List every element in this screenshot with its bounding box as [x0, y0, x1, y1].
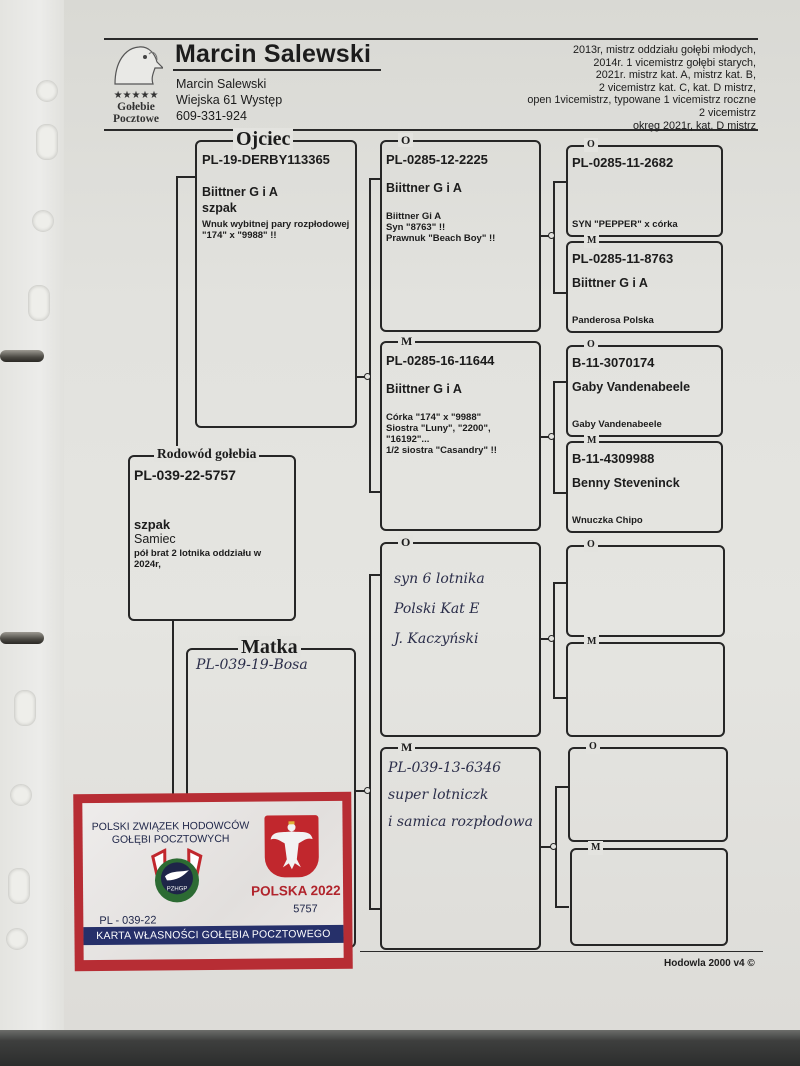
ggp-note: Wnuczka Chipo	[572, 515, 643, 526]
achievement-line: 2021r. mistrz kat. A, mistrz kat. B,	[456, 69, 756, 82]
logo-line-1: Gołebie	[104, 101, 168, 113]
gp-ring: PL-0285-16-11644	[386, 353, 535, 368]
subject-legend: Rodowód gołebia	[154, 446, 259, 462]
great-grandparent-box: OPL-0285-11-2682SYN "PEPPER" x córka	[566, 145, 723, 237]
gp-breeder: Biittner G i A	[386, 181, 535, 195]
gp-legend: O	[398, 535, 413, 549]
subject-note: pół brat 2 lotnika oddziału w 2024r,	[134, 548, 290, 570]
punch-hole	[32, 210, 54, 232]
ggp-breeder	[574, 767, 722, 782]
great-grandparent-box: O	[566, 545, 725, 637]
gp-handwritten: PL-039-13-6346 super lotniczk i samica r…	[388, 755, 533, 836]
dam-handwritten: PL-039-19-Bosa	[196, 652, 308, 678]
software-footer: Hodowla 2000 v4 ©	[664, 958, 755, 969]
stars-icon: ★★★★★	[104, 91, 168, 101]
great-grandparent-box: MPL-0285-11-8763Biittner G i APanderosa …	[566, 241, 723, 333]
granddam-sire-box: O syn 6 lotnika Polski Kat E J. Kaczyńsk…	[380, 542, 541, 737]
grandsire-sire-box: O PL-0285-12-2225 Biittner G i A Biittne…	[380, 140, 541, 332]
sire-note: Wnuk wybitnej pary rozpłodowej "174" x "…	[202, 219, 351, 241]
bracket-line	[555, 786, 569, 788]
bracket-line	[555, 906, 569, 908]
bracket-line	[176, 176, 178, 456]
ggp-legend: O	[586, 740, 600, 754]
punch-hole	[36, 80, 58, 102]
card-band: KARTA WŁASNOŚCI GOŁĘBIA POCZTOWEGO	[83, 925, 343, 945]
ggp-legend: O	[584, 538, 598, 552]
achievement-line: open 1vicemistrz, typowane 1 vicemistrz …	[456, 94, 756, 107]
sleeve-edge	[0, 1030, 800, 1066]
polish-eagle-emblem-icon	[264, 815, 319, 877]
grandsire-dam-box: M PL-0285-16-11644 Biittner G i A Córka …	[380, 341, 541, 531]
ggp-breeder	[572, 565, 719, 580]
junction-dot	[548, 232, 555, 239]
ggp-breeder	[576, 868, 722, 883]
ggp-breeder: Biittner G i A	[572, 276, 717, 291]
card-organization: POLSKI ZWIĄZEK HODOWCÓW GOŁĘBI POCZTOWYC…	[90, 820, 250, 847]
ggp-breeder	[572, 662, 719, 677]
owner-name: Marcin Salewski	[176, 76, 282, 92]
bracket-line	[553, 292, 567, 294]
gp-note: Córka "174" x "9988" Siostra "Luny", "22…	[386, 412, 535, 456]
ggp-ring: B-11-3070174	[572, 355, 717, 370]
great-grandparent-box: M	[566, 642, 725, 737]
punch-hole	[10, 784, 32, 806]
ggp-note: Panderosa Polska	[572, 315, 654, 326]
bracket-line	[369, 178, 371, 492]
great-grandparent-box: MB-11-4309988Benny SteveninckWnuczka Chi…	[566, 441, 723, 533]
gp-breeder: Biittner G i A	[386, 382, 535, 396]
bracket-line	[553, 381, 567, 383]
ggp-ring: PL-0285-11-2682	[572, 155, 717, 170]
gp-handwritten: syn 6 lotnika Polski Kat E J. Kaczyński	[394, 564, 485, 654]
gp-legend: O	[398, 133, 413, 147]
gp-legend: M	[398, 740, 415, 754]
card-ring-number: 5757	[293, 903, 318, 915]
owner-info: Marcin Salewski Wiejska 61 Występ 609-33…	[176, 76, 282, 124]
achievement-line: 2 vicemistrz	[456, 107, 756, 120]
owner-phone: 609-331-924	[176, 108, 282, 124]
achievement-line: 2013r, mistrz oddziału gołębi młodych,	[456, 44, 756, 57]
subject-sex: Samiec	[134, 532, 290, 546]
punch-hole	[14, 690, 36, 726]
sire-ring: PL-19-DERBY113365	[202, 152, 351, 167]
pigeon-head-icon	[109, 42, 163, 86]
punch-hole	[8, 868, 30, 904]
subject-box: Rodowód gołebia PL-039-22-5757 szpak Sam…	[128, 455, 296, 621]
svg-text:PZHGP: PZHGP	[167, 886, 188, 892]
great-grandparent-box: M	[570, 848, 728, 946]
binder-ring	[0, 350, 44, 362]
ggp-breeder: Gaby Vandenabeele	[572, 380, 717, 395]
punch-hole	[28, 285, 50, 321]
sire-breeder: Biittner G i A	[202, 185, 351, 199]
gp-legend: M	[398, 334, 415, 348]
bracket-line	[369, 574, 371, 910]
achievement-line: okręg 2021r, kat. D mistrz	[456, 120, 756, 133]
junction-dot	[548, 635, 555, 642]
binder-ring	[0, 632, 44, 644]
breeder-title: Marcin Salewski	[175, 40, 371, 69]
junction-dot	[364, 787, 371, 794]
achievement-line: 2 vicemistrz kat. C, kat. D mistrz,	[456, 82, 756, 95]
ggp-legend: M	[584, 434, 599, 448]
bracket-line	[176, 176, 196, 178]
logo-line-2: Pocztowe	[104, 113, 168, 125]
ggp-note: SYN "PEPPER" x córka	[572, 219, 678, 230]
punch-hole	[6, 928, 28, 950]
ggp-ring: B-11-4309988	[572, 451, 717, 466]
gp-note: Biittner Gi A Syn "8763" !! Prawnuk "Bea…	[386, 211, 535, 244]
ggp-legend: M	[588, 841, 603, 855]
bracket-line	[553, 492, 567, 494]
card-ring-prefix: PL - 039-22	[99, 914, 156, 926]
achievement-line: 2014r. 1 vicemistrz gołębi starych,	[456, 57, 756, 70]
pzhgp-badge-icon: PZHGP	[149, 848, 205, 904]
subject-color: szpak	[134, 517, 290, 532]
junction-dot	[364, 373, 371, 380]
ggp-breeder: Benny Steveninck	[572, 476, 717, 491]
ggp-legend: O	[584, 338, 598, 352]
sire-box: Ojciec PL-19-DERBY113365 Biittner G i A …	[195, 140, 357, 428]
sire-legend: Ojciec	[233, 128, 293, 150]
ggp-legend: O	[584, 138, 598, 152]
footer-rule	[360, 951, 763, 952]
great-grandparent-box: O	[568, 747, 728, 842]
granddam-dam-box: M PL-039-13-6346 super lotniczk i samica…	[380, 747, 541, 950]
ggp-breeder	[572, 180, 717, 195]
logo: ★★★★★ Gołebie Pocztowe	[104, 42, 168, 122]
punch-hole	[36, 124, 58, 160]
sire-color: szpak	[202, 201, 351, 215]
subject-ring: PL-039-22-5757	[134, 467, 290, 483]
title-underline	[173, 69, 381, 71]
ggp-legend: M	[584, 234, 599, 248]
gp-ring: PL-0285-12-2225	[386, 152, 535, 167]
great-grandparent-box: OB-11-3070174Gaby VandenabeeleGaby Vande…	[566, 345, 723, 437]
achievements: 2013r, mistrz oddziału gołębi młodych, 2…	[456, 44, 756, 132]
bracket-line	[172, 620, 174, 800]
ggp-note: Gaby Vandenabeele	[572, 419, 662, 430]
ggp-legend: M	[584, 635, 599, 649]
card-body: POLSKI ZWIĄZEK HODOWCÓW GOŁĘBI POCZTOWYC…	[82, 801, 343, 960]
junction-dot	[550, 843, 557, 850]
ggp-ring: PL-0285-11-8763	[572, 251, 717, 266]
owner-address: Wiejska 61 Występ	[176, 92, 282, 108]
bracket-line	[553, 697, 567, 699]
bracket-line	[553, 582, 567, 584]
bracket-line	[553, 181, 567, 183]
ownership-card: POLSKI ZWIĄZEK HODOWCÓW GOŁĘBI POCZTOWYC…	[73, 792, 353, 971]
card-country-year: POLSKA 2022	[251, 883, 341, 899]
junction-dot	[548, 433, 555, 440]
